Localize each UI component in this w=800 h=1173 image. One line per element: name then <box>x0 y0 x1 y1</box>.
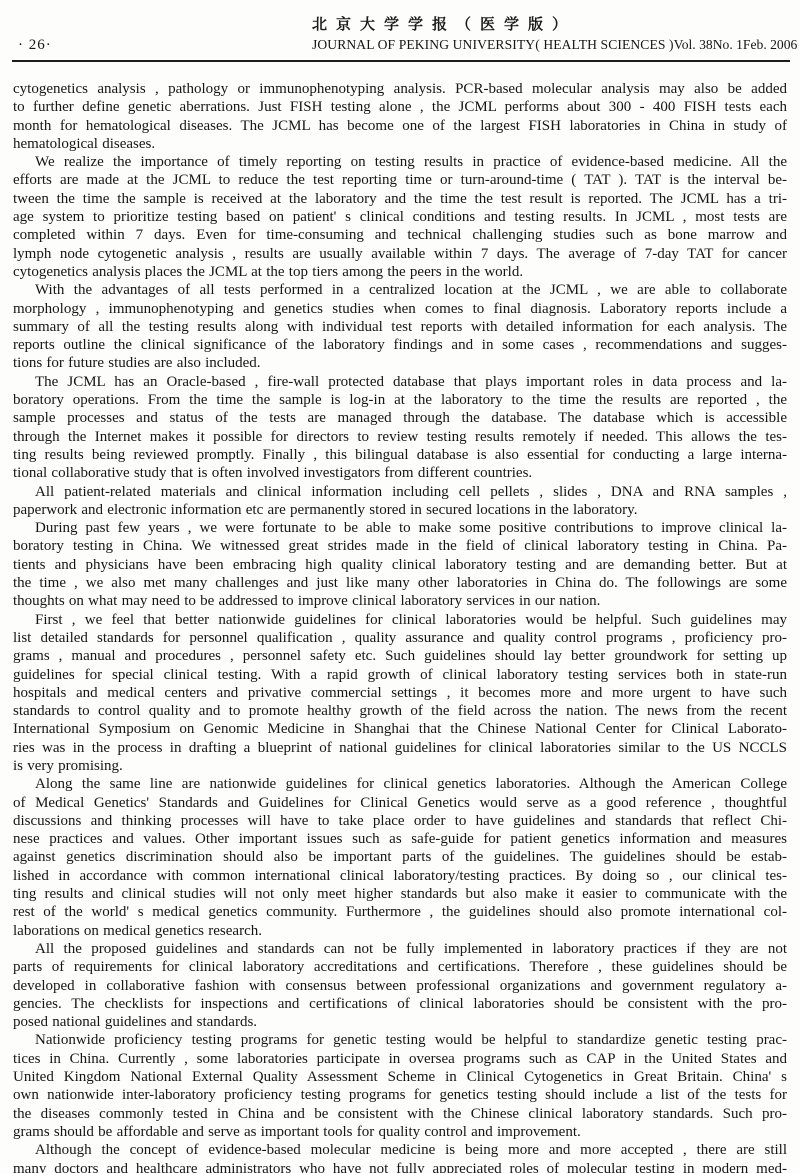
text-line: We realize the importance of timely repo… <box>13 153 787 171</box>
text-line: lymph node cytogenetic analysis , result… <box>13 245 787 263</box>
text-line: list detailed standards for personnel qu… <box>13 629 787 647</box>
text-line: lished in accordance with common interna… <box>13 867 787 885</box>
text-line: With the advantages of all tests perform… <box>13 281 787 299</box>
text-line: through the Internet makes it possible f… <box>13 428 787 446</box>
text-line: posed national guidelines and standards. <box>13 1013 787 1031</box>
text-line: ries was in the process in drafting a bl… <box>13 739 787 757</box>
text-line: International Symposium on Genomic Medic… <box>13 720 787 738</box>
text-line: ting results being reviewed promptly. Fi… <box>13 446 787 464</box>
text-line: morphology , immunophenotyping and genet… <box>13 300 787 318</box>
text-line: completed within 7 days. Even for time-c… <box>13 226 787 244</box>
article-body: cytogenetics analysis , pathology or imm… <box>13 80 787 1173</box>
journal-page: 北京大学学报（医学版） · 26· JOURNAL OF PEKING UNIV… <box>0 0 800 1173</box>
text-line: hospitals and medical centers and privat… <box>13 684 787 702</box>
text-line: sample processes and status of the tests… <box>13 409 787 427</box>
text-line: nese practices and values. Other importa… <box>13 830 787 848</box>
text-line: cytogenetics analysis , pathology or imm… <box>13 80 787 98</box>
text-line: ting results and clinical studies will n… <box>13 885 787 903</box>
text-line: to further define genetic aberrations. J… <box>13 98 787 116</box>
date-label: Feb. 2006 <box>743 37 797 53</box>
text-line: guidelines for special clinical testing.… <box>13 666 787 684</box>
text-line: the diseases commonly tested in China an… <box>13 1105 787 1123</box>
journal-header-line: JOURNAL OF PEKING UNIVERSITY( HEALTH SCI… <box>312 37 782 53</box>
text-line: tions for future studies are also includ… <box>13 354 787 372</box>
volume-label: Vol. 38 <box>674 37 713 53</box>
header-rule <box>12 60 790 62</box>
text-line: boratory testing in China. We witnessed … <box>13 537 787 555</box>
page-number: · 26· <box>18 37 52 54</box>
text-line: paperwork and electronic information etc… <box>13 501 787 519</box>
text-line: tients and physicians have been embracin… <box>13 556 787 574</box>
text-line: grams should be affordable and serve as … <box>13 1123 787 1141</box>
text-line: gencies. The checklists for inspections … <box>13 995 787 1013</box>
text-line: hematological diseases. <box>13 135 787 153</box>
text-line: own nationwide inter-laboratory proficie… <box>13 1086 787 1104</box>
text-line: age system to prioritize testing based o… <box>13 208 787 226</box>
text-line: discussions and thinking processes will … <box>13 812 787 830</box>
text-line: tices in China. Currently , some laborat… <box>13 1050 787 1068</box>
text-line: cytogenetics analysis places the JCML at… <box>13 263 787 281</box>
text-line: standards to control quality and to prom… <box>13 702 787 720</box>
text-line: is very promising. <box>13 757 787 775</box>
text-line: thoughts on what may need to be addresse… <box>13 592 787 610</box>
journal-title-en: JOURNAL OF PEKING UNIVERSITY( HEALTH SCI… <box>312 37 674 53</box>
text-line: summary of all the testing results along… <box>13 318 787 336</box>
text-line: against genetics discrimination should a… <box>13 848 787 866</box>
text-line: Along the same line are nationwide guide… <box>13 775 787 793</box>
text-line: developed in collaborative fashion with … <box>13 977 787 995</box>
text-line: All the proposed guidelines and standard… <box>13 940 787 958</box>
text-line: grams , manual and procedures , personne… <box>13 647 787 665</box>
text-line: During past few years , we were fortunat… <box>13 519 787 537</box>
text-line: month for hematological diseases. The JC… <box>13 117 787 135</box>
text-line: United Kingdom National External Quality… <box>13 1068 787 1086</box>
text-line: First , we feel that better nationwide g… <box>13 611 787 629</box>
text-line: efforts are made at the JCML to reduce t… <box>13 171 787 189</box>
text-line: reports outline the clinical significanc… <box>13 336 787 354</box>
issue-label: No. 1 <box>713 37 743 53</box>
text-line: of Medical Genetics' Standards and Guide… <box>13 794 787 812</box>
text-line: many doctors and healthcare administrato… <box>13 1160 787 1173</box>
text-line: boratory operations. From the time the s… <box>13 391 787 409</box>
journal-title-zh: 北京大学学报（医学版） <box>312 13 576 34</box>
text-line: laborations on medical genetics research… <box>13 922 787 940</box>
text-line: parts of requirements for clinical labor… <box>13 958 787 976</box>
text-line: The JCML has an Oracle-based , fire-wall… <box>13 373 787 391</box>
text-line: All patient-related materials and clinic… <box>13 483 787 501</box>
text-line: the time , we also met many challenges a… <box>13 574 787 592</box>
text-line: Although the concept of evidence-based m… <box>13 1141 787 1159</box>
text-line: tional collaborative study that is often… <box>13 464 787 482</box>
text-line: rest of the world' s medical genetics co… <box>13 903 787 921</box>
text-line: tween the time the sample is received at… <box>13 190 787 208</box>
text-line: Nationwide proficiency testing programs … <box>13 1031 787 1049</box>
